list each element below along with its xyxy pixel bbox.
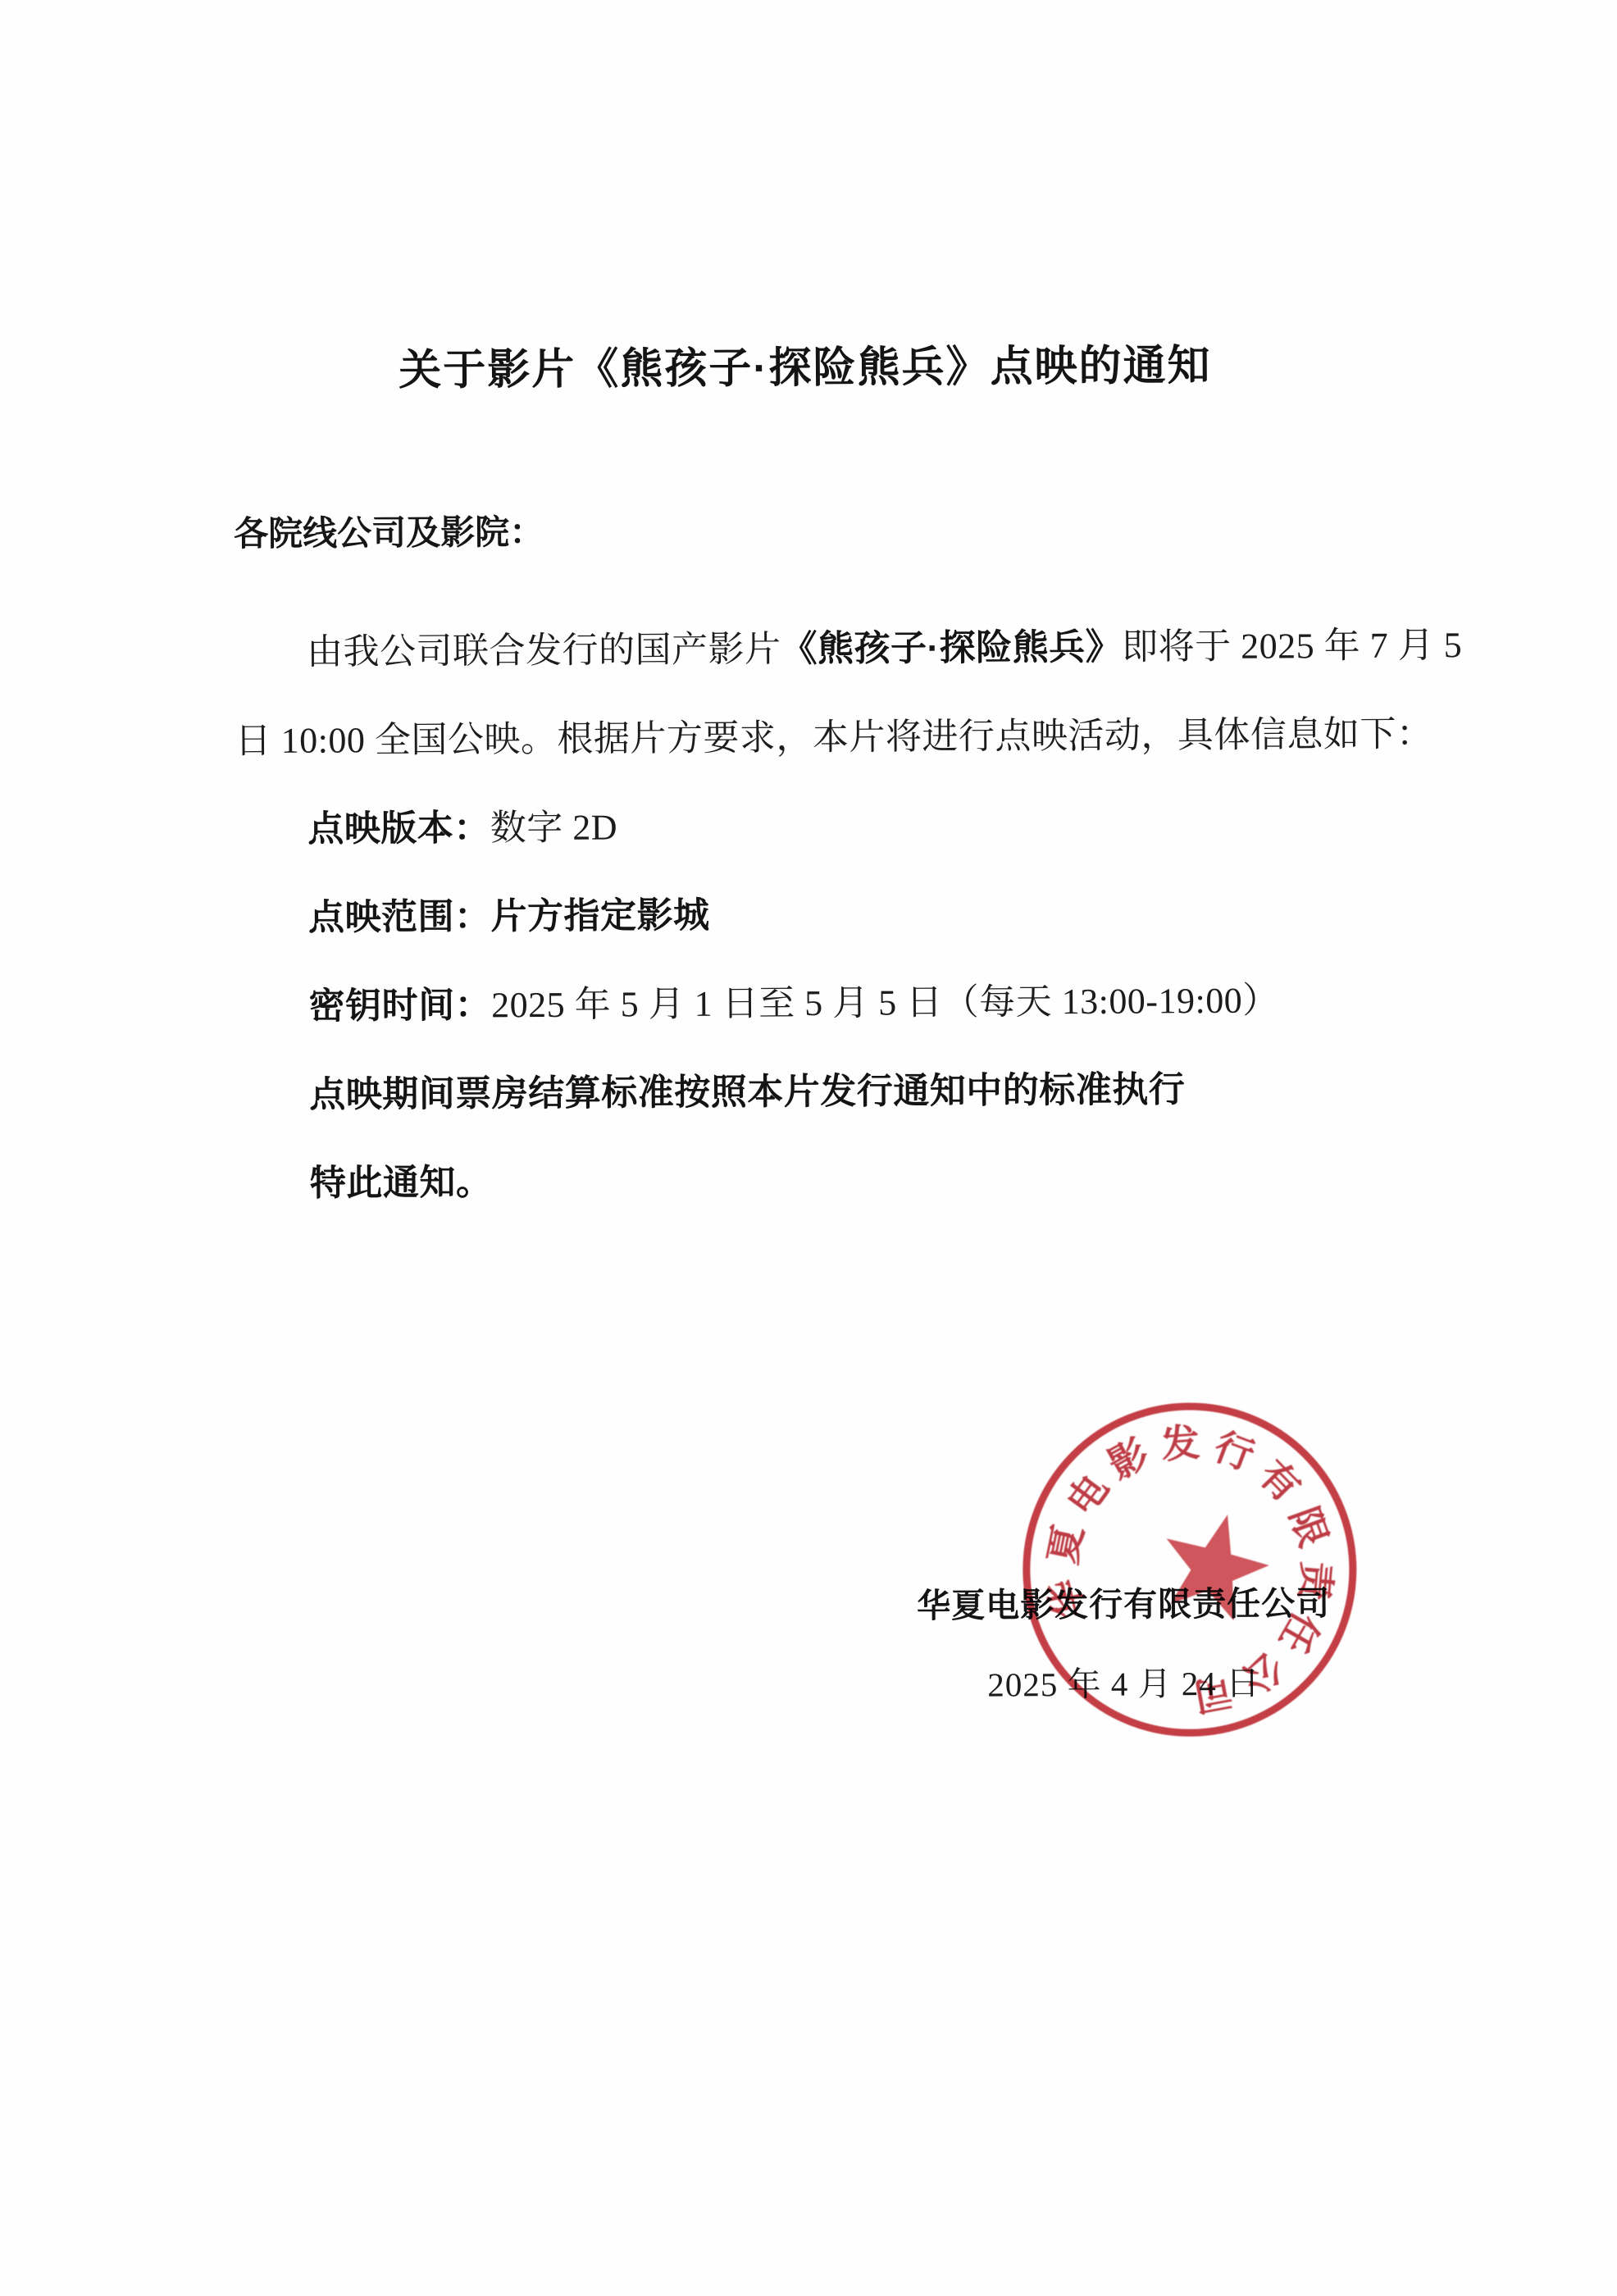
text-segment: 点映版本： xyxy=(307,808,490,849)
body-lines: 由我公司联合发行的国产影片《熊孩子·探险熊兵》即将于 2025 年 7 月 5日… xyxy=(235,625,1403,1252)
page-content: 关于影片《熊孩子·探险熊兵》点映的通知 各院线公司及影院： 由我公司联合发行的国… xyxy=(0,0,1617,2296)
seal-character: 影 xyxy=(1101,1430,1156,1487)
document-title: 关于影片《熊孩子·探险熊兵》点映的通知 xyxy=(0,328,1614,399)
star-icon xyxy=(1166,1515,1269,1621)
company-seal: 华夏电影发行有限责任公司 xyxy=(1013,1392,1368,1747)
seal-character: 华 xyxy=(1041,1575,1091,1623)
body-line: 点映范围：片方指定影城 xyxy=(236,891,1401,941)
text-segment: 《熊孩子·探险熊兵》 xyxy=(781,627,1122,670)
text-segment: 即将于 2025 年 7 月 5 xyxy=(1122,625,1462,667)
seal-character: 有 xyxy=(1251,1451,1310,1510)
text-segment: 数字 2D xyxy=(490,807,618,848)
seal-character: 夏 xyxy=(1041,1521,1091,1568)
text-segment: 点映期间票房结算标准按照本片发行通知中的标准执行 xyxy=(309,1069,1185,1115)
seal-character: 责 xyxy=(1292,1560,1339,1604)
seal-character: 发 xyxy=(1159,1420,1201,1466)
seal-arc-text: 华夏电影发行有限责任公司 xyxy=(1040,1419,1341,1720)
body-line: 点映版本：数字 2D xyxy=(235,802,1400,852)
text-segment: 密钥时间： xyxy=(308,985,491,1026)
body-line: 日 10:00 全国公映。根据片方要求，本片将进行点映活动，具体信息如下： xyxy=(235,713,1400,763)
text-segment: 2025 年 5 月 1 日至 5 月 5 日（每天 13:00-19:00） xyxy=(491,980,1279,1025)
body-line: 特此通知。 xyxy=(238,1156,1402,1206)
text-segment: 点映范围：片方指定影城 xyxy=(308,895,710,938)
seal-character: 公 xyxy=(1235,1644,1291,1701)
body-line: 由我公司联合发行的国产影片《熊孩子·探险熊兵》即将于 2025 年 7 月 5 xyxy=(235,625,1399,675)
text-segment: 由我公司联合发行的国产影片 xyxy=(307,629,781,672)
scanned-notice-page: 关于影片《熊孩子·探险熊兵》点映的通知 各院线公司及影院： 由我公司联合发行的国… xyxy=(0,0,1617,2296)
seal-character: 电 xyxy=(1059,1466,1117,1523)
seal-character: 任 xyxy=(1271,1606,1328,1660)
body-line: 密钥时间：2025 年 5 月 1 日至 5 月 5 日（每天 13:00-19… xyxy=(236,979,1401,1029)
text-segment: 日 10:00 全国公映。根据片方要求，本片将进行点映活动，具体信息如下： xyxy=(235,713,1433,761)
body-line: 点映期间票房结算标准按照本片发行通知中的标准执行 xyxy=(237,1068,1401,1118)
seal-character: 限 xyxy=(1282,1501,1336,1552)
text-segment: 特此通知。 xyxy=(310,1162,493,1203)
seal-character: 司 xyxy=(1190,1670,1236,1720)
addressee-line: 各院线公司及影院： xyxy=(234,505,544,556)
seal-character: 行 xyxy=(1209,1424,1260,1478)
